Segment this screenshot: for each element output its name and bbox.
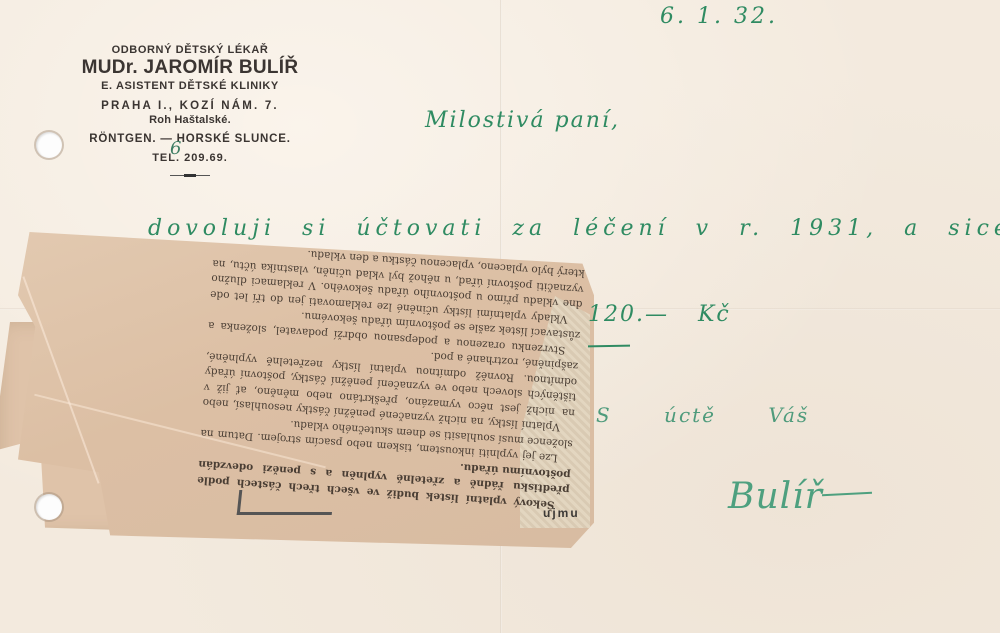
handwritten-amount: 120.— Kč bbox=[588, 302, 731, 327]
punch-hole-bottom bbox=[36, 494, 62, 520]
letterhead-services: RÖNTGEN. — HORSKÉ SLUNCE. bbox=[40, 133, 340, 145]
handwritten-body: dovoluji si účtovati za léčení v r. 1931… bbox=[148, 216, 1000, 241]
clipping-text-upside-down: Šekový vplatní lístek budiž ve všech tře… bbox=[197, 239, 585, 512]
handwritten-greeting: Milostivá paní, bbox=[425, 108, 620, 133]
handwritten-date: 6. 1. 32. bbox=[660, 4, 778, 29]
letterhead: ODBORNÝ DĚTSKÝ LÉKAŘ MUDr. JAROMÍR BULÍŘ… bbox=[40, 44, 340, 176]
pencil-annotation: 6 bbox=[170, 138, 181, 159]
letterhead-name: MUDr. JAROMÍR BULÍŘ bbox=[40, 57, 340, 79]
letterhead-title: ODBORNÝ DĚTSKÝ LÉKAŘ bbox=[40, 44, 340, 56]
handwritten-closing: S úctě Váš bbox=[596, 403, 809, 427]
letterhead-phone: TEL. 209.69. bbox=[40, 152, 340, 164]
letterhead-address: PRAHA I., KOZÍ NÁM. 7. bbox=[40, 100, 340, 112]
letterhead-position: E. ASISTENT DĚTSKÉ KLINIKY bbox=[40, 80, 340, 92]
letterhead-ornament bbox=[170, 174, 210, 176]
letterhead-corner: Roh Haštalské. bbox=[40, 114, 340, 126]
signature: Bulíř bbox=[728, 476, 823, 517]
